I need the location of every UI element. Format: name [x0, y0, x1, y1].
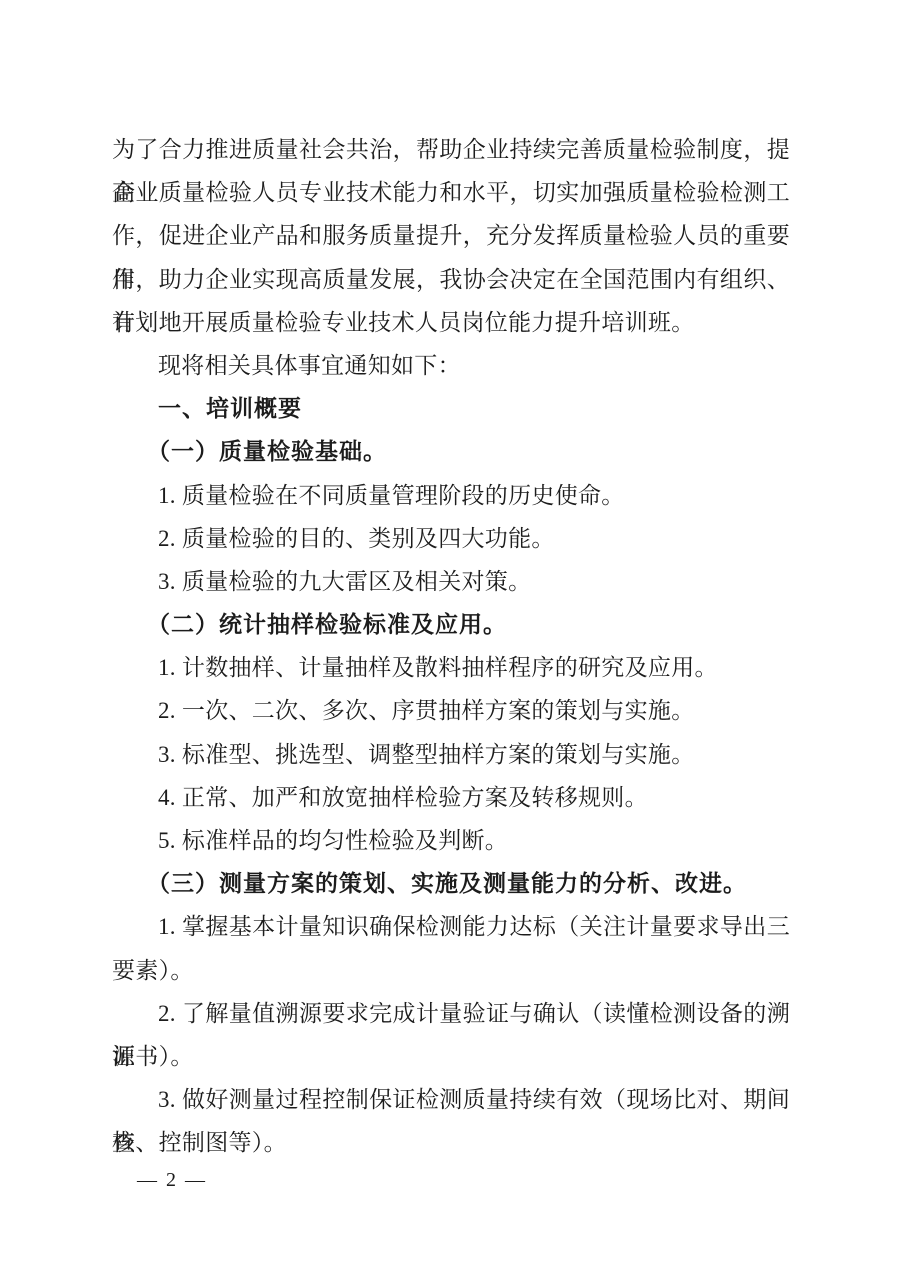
list-item: 1. 质量检验在不同质量管理阶段的历史使命。: [112, 474, 790, 517]
paragraph-line: 用，助力企业实现高质量发展，我协会决定在全国范围内有组织、有: [112, 258, 790, 301]
list-item: 3. 做好测量过程控制保证检测质量持续有效（现场比对、期间核: [112, 1078, 790, 1121]
list-item: 1. 计数抽样、计量抽样及散料抽样程序的研究及应用。: [112, 646, 790, 689]
paragraph-line: 为了合力推进质量社会共治，帮助企业持续完善质量检验制度，提高: [112, 128, 790, 171]
list-item: 5. 标准样品的均匀性检验及判断。: [112, 819, 790, 862]
list-item: 4. 正常、加严和放宽抽样检验方案及转移规则。: [112, 776, 790, 819]
page-number: — 2 —: [137, 1168, 207, 1192]
paragraph-line: 作，促进企业产品和服务质量提升，充分发挥质量检验人员的重要作: [112, 214, 790, 257]
list-item-wrap: 证书）。: [112, 1035, 790, 1078]
document-page: 为了合力推进质量社会共治，帮助企业持续完善质量检验制度，提高 企业质量检验人员专…: [0, 0, 900, 1272]
paragraph-line: 企业质量检验人员专业技术能力和水平，切实加强质量检验检测工: [112, 171, 790, 214]
list-item-wrap: 查、控制图等）。: [112, 1121, 790, 1164]
subsection-3-heading: （三）测量方案的策划、实施及测量能力的分析、改进。: [112, 862, 790, 905]
subsection-1-heading: （一）质量检验基础。: [112, 430, 790, 473]
list-item: 3. 标准型、挑选型、调整型抽样方案的策划与实施。: [112, 733, 790, 776]
list-item: 2. 了解量值溯源要求完成计量验证与确认（读懂检测设备的溯源: [112, 992, 790, 1035]
list-item: 2. 一次、二次、多次、序贯抽样方案的策划与实施。: [112, 689, 790, 732]
subsection-2-heading: （二）统计抽样检验标准及应用。: [112, 603, 790, 646]
notice-intro-line: 现将相关具体事宜通知如下：: [112, 344, 790, 387]
paragraph-line: 计划地开展质量检验专业技术人员岗位能力提升培训班。: [112, 301, 790, 344]
section-1-heading: 一、培训概要: [112, 387, 790, 430]
list-item: 2. 质量检验的目的、类别及四大功能。: [112, 517, 790, 560]
list-item: 3. 质量检验的九大雷区及相关对策。: [112, 560, 790, 603]
list-item: 1. 掌握基本计量知识确保检测能力达标（关注计量要求导出三: [112, 905, 790, 948]
list-item-wrap: 要素）。: [112, 949, 790, 992]
document-body: 为了合力推进质量社会共治，帮助企业持续完善质量检验制度，提高 企业质量检验人员专…: [112, 128, 790, 1165]
